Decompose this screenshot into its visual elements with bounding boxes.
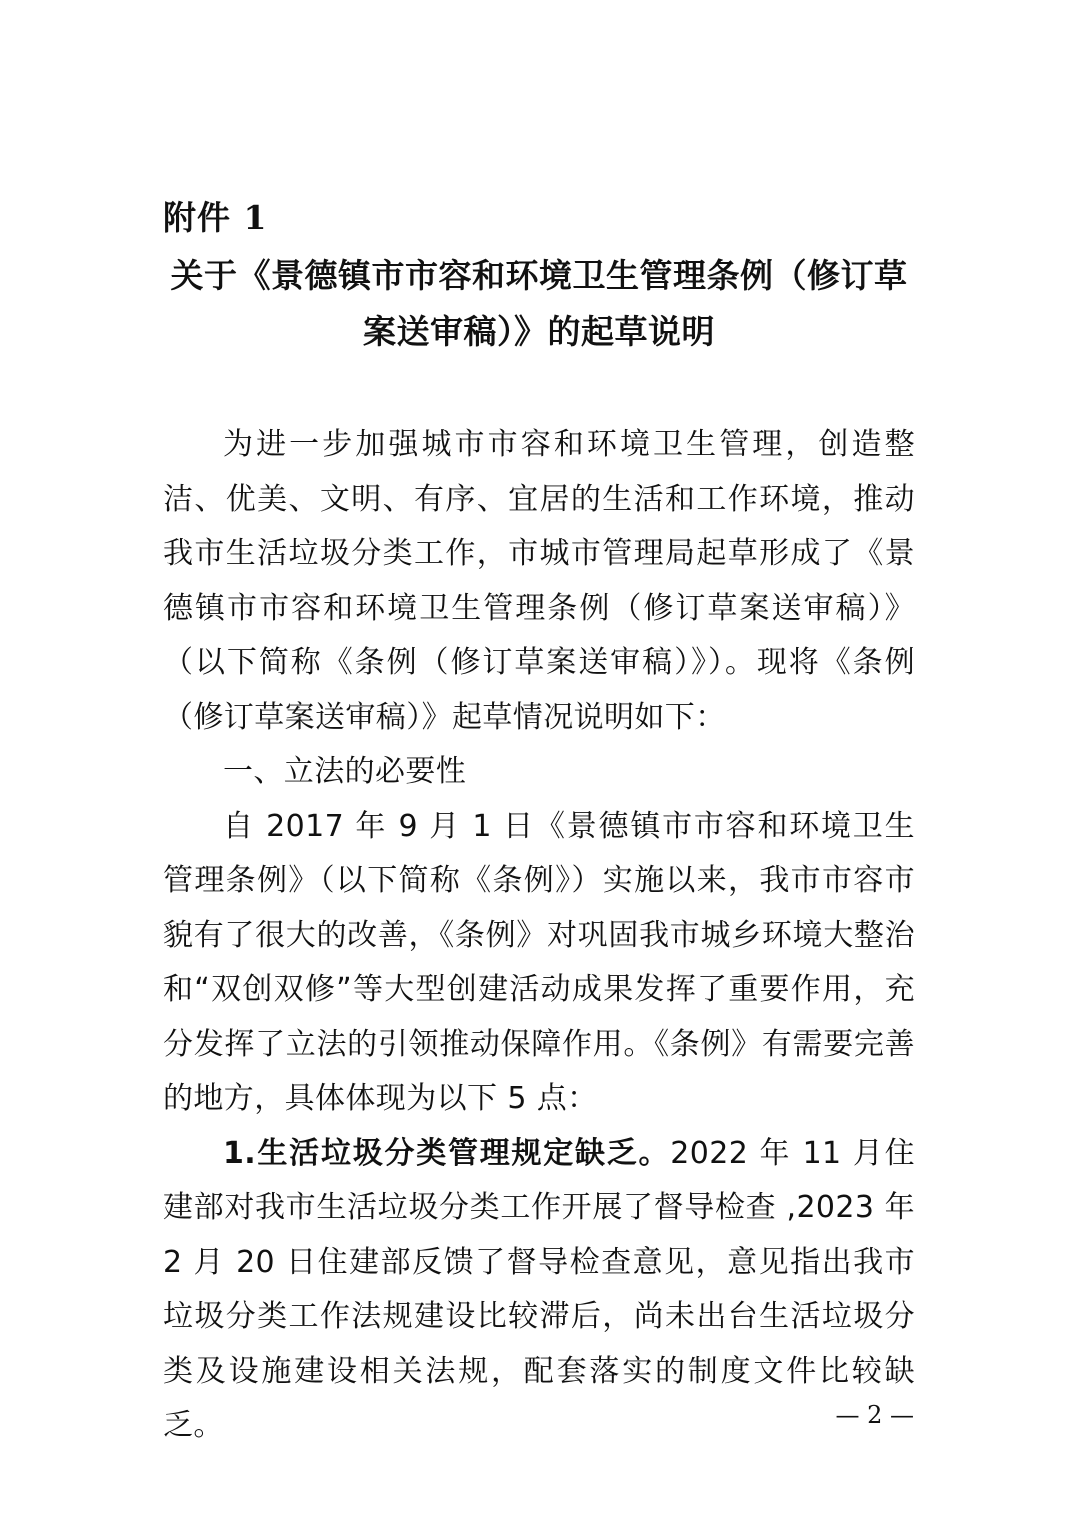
document-title: 关于《景德镇市市容和环境卫生管理条例（修订草案送审稿）》的起草说明 bbox=[163, 248, 915, 360]
annex-label: 附件 1 bbox=[163, 196, 267, 240]
page-number: — 2 — bbox=[835, 1400, 914, 1430]
background-paragraph: 自 2017 年 9 月 1 日《景德镇市市容和环境卫生管理条例》（以下简称《条… bbox=[163, 800, 915, 1127]
intro-paragraph: 为进一步加强城市市容和环境卫生管理，创造整洁、优美、文明、有序、宜居的生活和工作… bbox=[163, 418, 915, 745]
section-heading-necessity: 一、立法的必要性 bbox=[163, 745, 915, 800]
point-1-text: 2022 年 11 月住建部对我市生活垃圾分类工作开展了督导检查 ,2023 年… bbox=[163, 1136, 915, 1444]
point-1-paragraph: 1.生活垃圾分类管理规定缺乏。2022 年 11 月住建部对我市生活垃圾分类工作… bbox=[163, 1127, 915, 1454]
document-body: 为进一步加强城市市容和环境卫生管理，创造整洁、优美、文明、有序、宜居的生活和工作… bbox=[163, 418, 915, 1454]
document-page: 附件 1 关于《景德镇市市容和环境卫生管理条例（修订草案送审稿）》的起草说明 为… bbox=[0, 0, 1074, 1520]
point-1-lead: 1.生活垃圾分类管理规定缺乏。 bbox=[223, 1136, 670, 1171]
